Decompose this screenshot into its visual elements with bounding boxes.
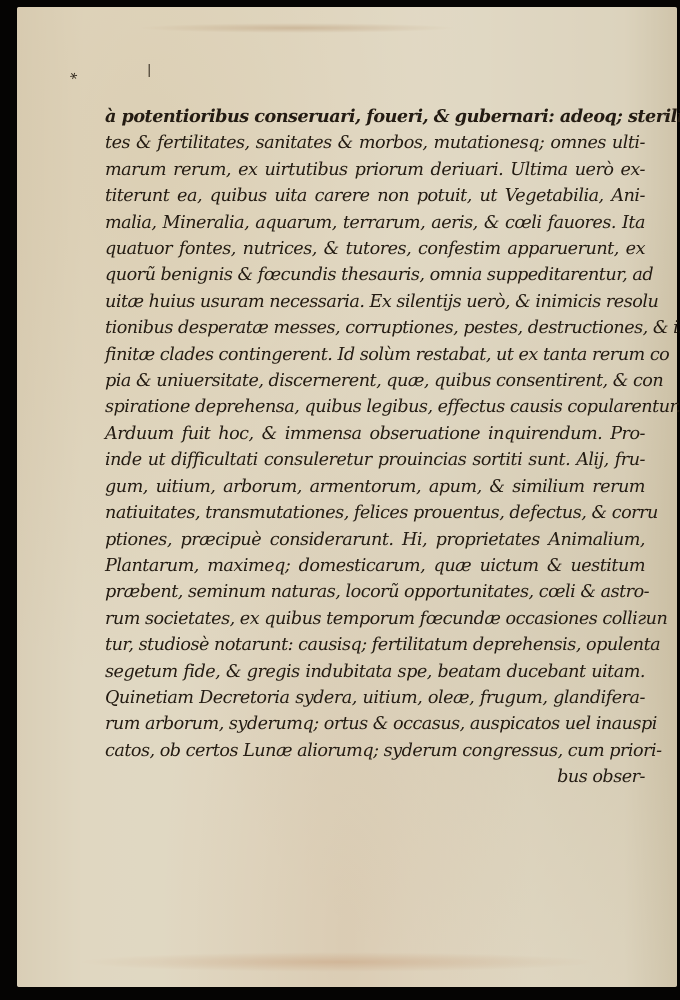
text-line: rum arborum, syderumq; ortus & occasus, … (105, 711, 645, 737)
text-line: uitæ huius usuram necessaria. Ex silenti… (105, 289, 645, 315)
text-line: Plantarum, maximeq; domesticarum, quæ ui… (105, 553, 645, 579)
text-line: tur, studiosè notarunt: causisq; fertili… (105, 632, 645, 658)
text-line: tes & fertilitates, sanitates & morbos, … (105, 130, 645, 156)
text-line: à potentioribus conseruari, foueri, & gu… (105, 104, 645, 130)
ink-mark-top-left: * (66, 70, 78, 87)
ink-mark-top: | (147, 63, 151, 78)
text-line: Quinetiam Decretoria sydera, uitium, ole… (105, 685, 645, 711)
text-line: spiratione deprehensa, quibus legibus, e… (105, 394, 645, 420)
text-line: quatuor fontes, nutrices, & tutores, con… (105, 236, 645, 262)
text-line: pia & uniuersitate, discernerent, quæ, q… (105, 368, 645, 394)
text-line: tionibus desperatæ messes, corruptiones,… (105, 315, 645, 341)
text-line: rum societates, ex quibus temporum fœcun… (105, 606, 645, 632)
paper-stain-bottom (77, 952, 597, 972)
catchword: bus obser- (105, 764, 645, 790)
text-line: ptiones, præcipuè considerarunt. Hi, pro… (105, 527, 645, 553)
paper-stain-top (137, 23, 457, 33)
text-line: præbent, seminum naturas, locorũ opportu… (105, 579, 645, 605)
text-line: inde ut difficultati consuleretur prouin… (105, 447, 645, 473)
text-line: gum, uitium, arborum, armentorum, apum, … (105, 474, 645, 500)
body-text: à potentioribus conseruari, foueri, & gu… (105, 104, 645, 791)
text-line: finitæ clades contingerent. Id solùm res… (105, 342, 645, 368)
text-line: marum rerum, ex uirtutibus priorum deriu… (105, 157, 645, 183)
text-line: malia, Mineralia, aquarum, terrarum, aer… (105, 210, 645, 236)
text-line: Arduum fuit hoc, & immensa obseruatione … (105, 421, 645, 447)
text-line: catos, ob certos Lunæ aliorumq; syderum … (105, 738, 645, 764)
text-line: titerunt ea, quibus uita carere non potu… (105, 183, 645, 209)
text-line: quorũ benignis & fœcundis thesauris, omn… (105, 262, 645, 288)
text-line: segetum fide, & gregis indubitata spe, b… (105, 659, 645, 685)
text-line: natiuitates, transmutationes, felices pr… (105, 500, 645, 526)
